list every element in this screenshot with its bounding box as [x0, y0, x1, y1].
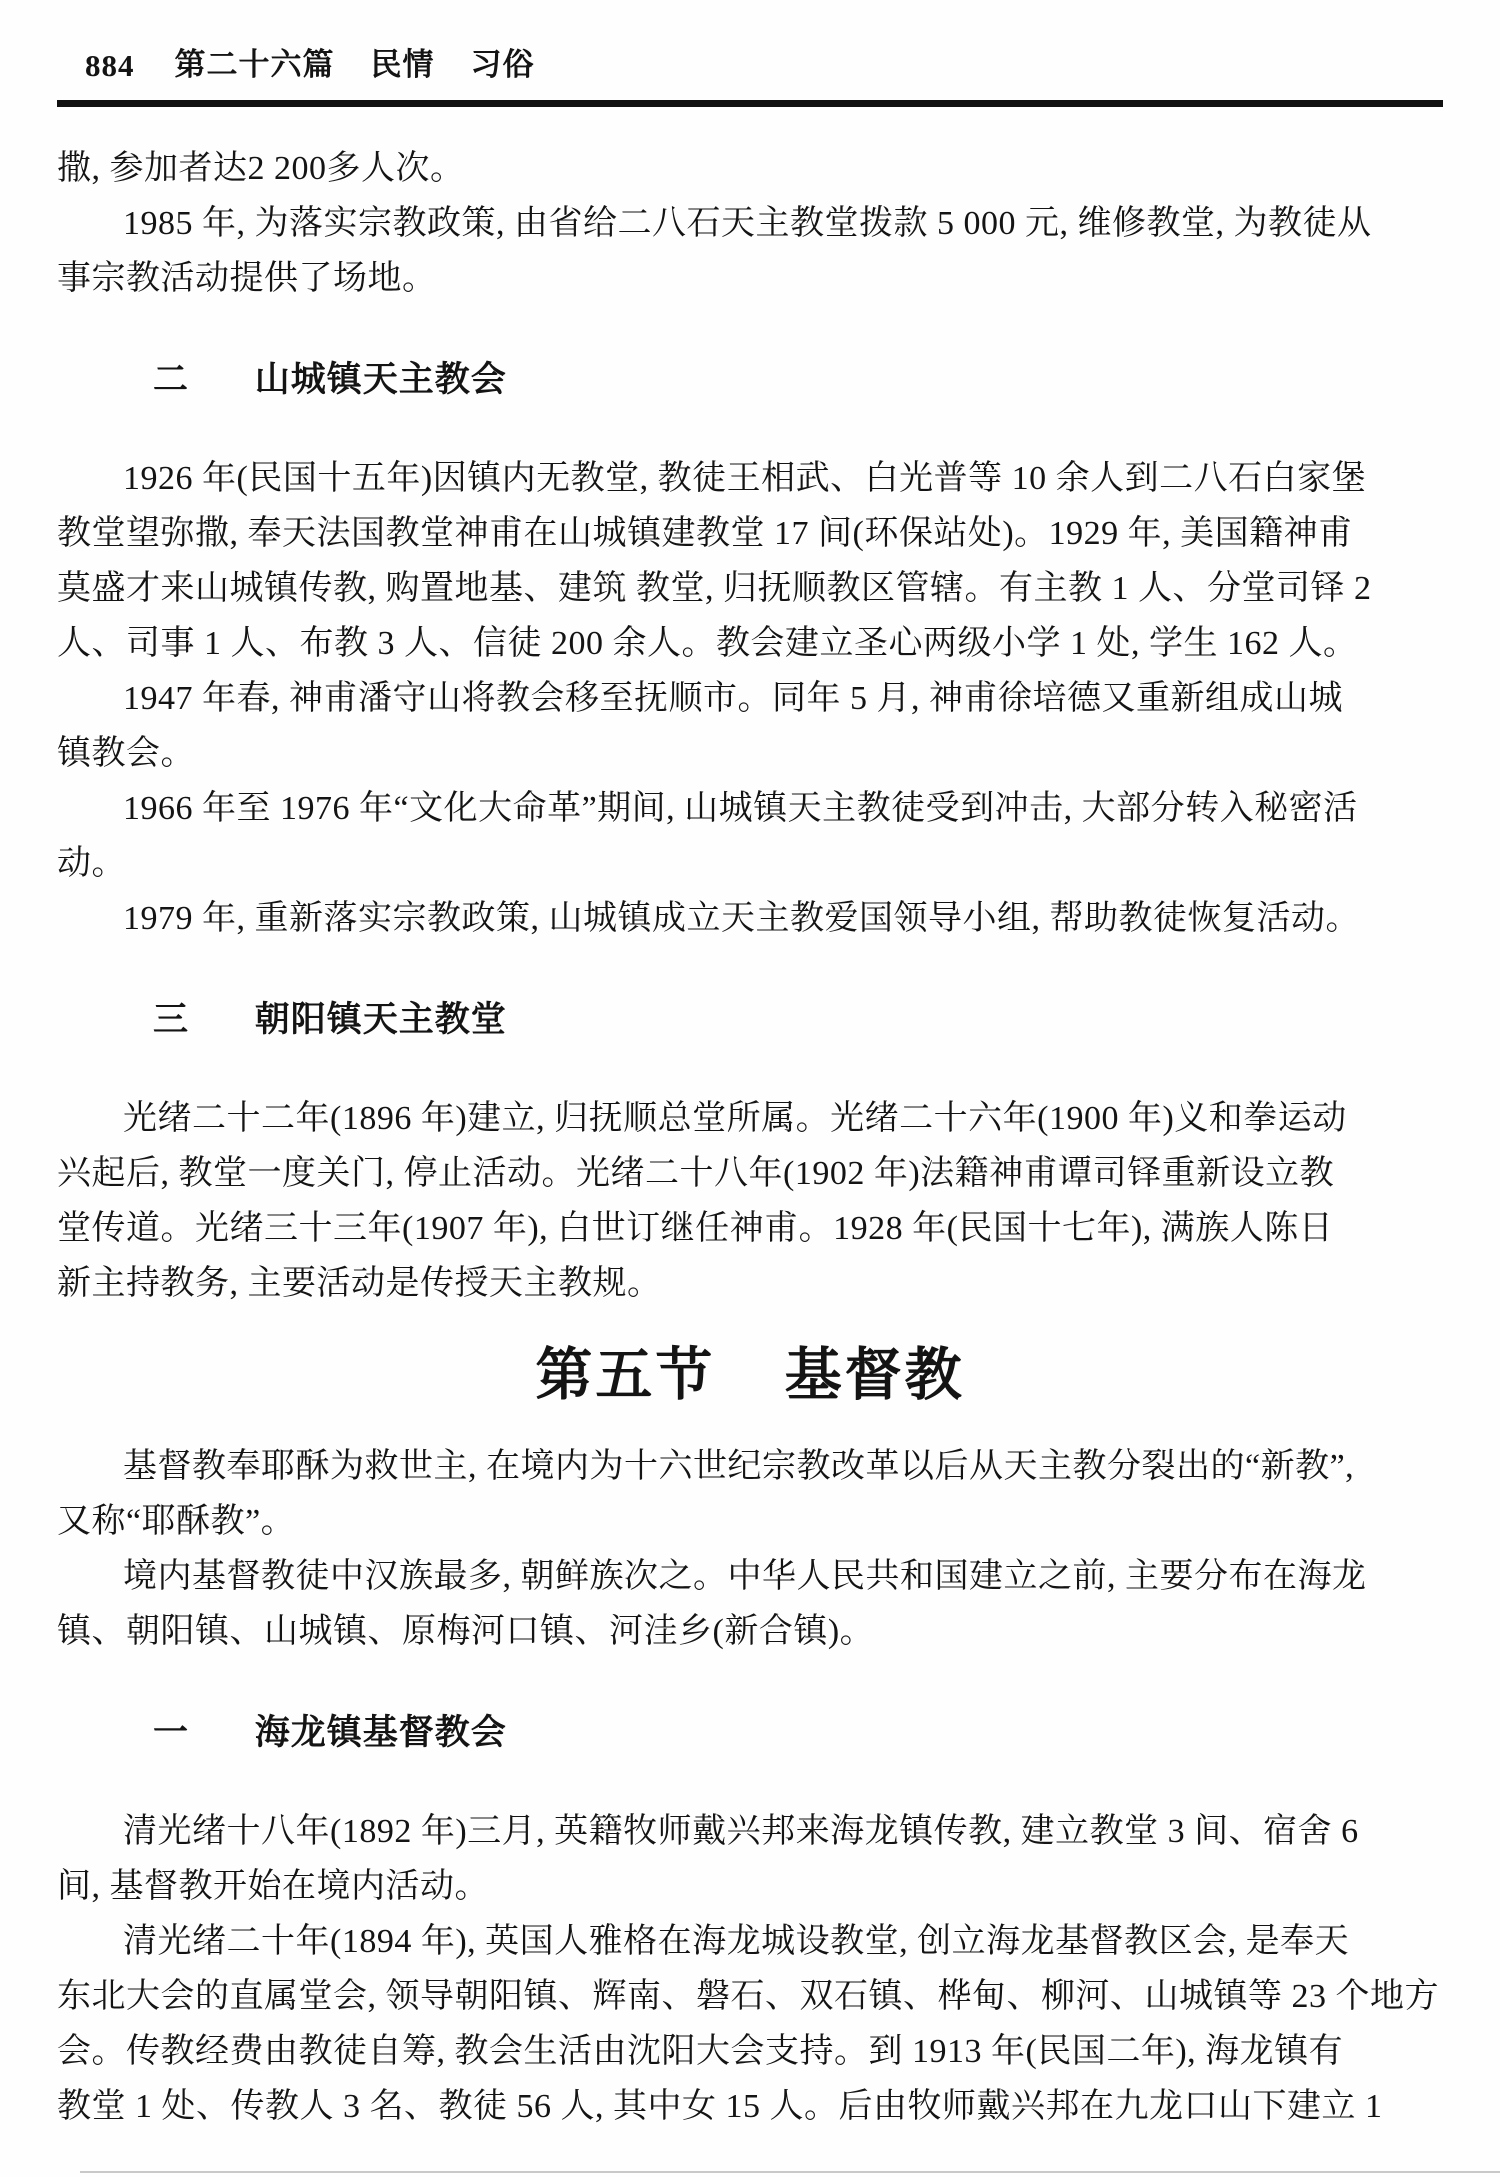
text-line: 兴起后, 教堂一度关门, 停止活动。光绪二十八年(1902 年)法籍神甫谭司铎重…	[57, 1146, 1443, 1201]
text-line: 教堂 1 处、传教人 3 名、教徒 56 人, 其中女 15 人。后由牧师戴兴邦…	[57, 2079, 1443, 2134]
subsection-heading-3: 三 朝阳镇天主教堂	[57, 992, 1443, 1047]
paragraph-1985: 1985 年, 为落实宗教政策, 由省给二八石天主教堂拨款 5 000 元, 维…	[57, 196, 1443, 306]
text-line: 间, 基督教开始在境内活动。	[57, 1859, 1443, 1914]
text-line: 事宗教活动提供了场地。	[57, 251, 1443, 306]
text-line: 镇、朝阳镇、山城镇、原梅河口镇、河洼乡(新合镇)。	[57, 1604, 1443, 1659]
paragraph-1947: 1947 年春, 神甫潘守山将教会移至抚顺市。同年 5 月, 神甫徐培德又重新组…	[57, 671, 1443, 781]
page-number: 884	[85, 48, 135, 84]
paragraph-1966: 1966 年至 1976 年“文化大命革”期间, 山城镇天主教徒受到冲击, 大部…	[57, 781, 1443, 891]
text-line: 镇教会。	[57, 726, 1443, 781]
header-rule	[57, 100, 1443, 107]
text-line: 基督教奉耶酥为救世主, 在境内为十六世纪宗教改革以后从天主教分裂出的“新教”,	[57, 1439, 1443, 1494]
subsection-title: 海龙镇基督教会	[255, 1713, 507, 1752]
text-line: 撒, 参加者达2 200多人次。	[57, 141, 1443, 196]
text-line: 1947 年春, 神甫潘守山将教会移至抚顺市。同年 5 月, 神甫徐培德又重新组…	[57, 671, 1443, 726]
subsection-heading-2: 二 山城镇天主教会	[57, 352, 1443, 407]
section-title: 第五节 基督教	[57, 1339, 1443, 1413]
paragraph-guangxu: 光绪二十二年(1896 年)建立, 归抚顺总堂所属。光绪二十六年(1900 年)…	[57, 1091, 1443, 1311]
paragraph-1894: 清光绪二十年(1894 年), 英国人雅格在海龙城设教堂, 创立海龙基督教区会,…	[57, 1914, 1443, 2134]
paragraph-distribution: 境内基督教徒中汉族最多, 朝鲜族次之。中华人民共和国建立之前, 主要分布在海龙 …	[57, 1549, 1443, 1659]
text-line: 东北大会的直属堂会, 领导朝阳镇、辉南、磐石、双石镇、桦甸、柳河、山城镇等 23…	[57, 1969, 1443, 2024]
section-number: 第五节	[535, 1344, 715, 1407]
paragraph-carryover: 撒, 参加者达2 200多人次。	[57, 141, 1443, 196]
text-line: 教堂望弥撒, 奉天法国教堂神甫在山城镇建教堂 17 间(环保站处)。1929 年…	[57, 506, 1443, 561]
text-line: 又称“耶酥教”。	[57, 1494, 1443, 1549]
text-line: 1966 年至 1976 年“文化大命革”期间, 山城镇天主教徒受到冲击, 大部…	[57, 781, 1443, 836]
text-line: 新主持教务, 主要活动是传授天主教规。	[57, 1256, 1443, 1311]
paragraph-1892: 清光绪十八年(1892 年)三月, 英籍牧师戴兴邦来海龙镇传教, 建立教堂 3 …	[57, 1804, 1443, 1914]
paragraph-1926: 1926 年(民国十五年)因镇内无教堂, 教徒王相武、白光普等 10 余人到二八…	[57, 451, 1443, 671]
subsection-number: 二	[153, 360, 189, 399]
text-line: 动。	[57, 836, 1443, 891]
running-head-chapter: 第二十六篇	[175, 39, 335, 84]
subsection-title: 山城镇天主教会	[255, 360, 507, 399]
text-line: 人、司事 1 人、布教 3 人、信徒 200 余人。教会建立圣心两级小学 1 处…	[57, 616, 1443, 671]
subsection-heading-1: 一 海龙镇基督教会	[57, 1705, 1443, 1760]
scan-edge-artifact	[80, 2171, 1500, 2173]
text-line: 会。传教经费由教徒自筹, 教会生活由沈阳大会支持。到 1913 年(民国二年),…	[57, 2024, 1443, 2079]
text-line: 清光绪二十年(1894 年), 英国人雅格在海龙城设教堂, 创立海龙基督教区会,…	[57, 1914, 1443, 1969]
book-page: 884 第二十六篇 民情 习俗 撒, 参加者达2 200多人次。 1985 年,…	[0, 0, 1500, 2177]
running-head-topic-2: 习俗	[471, 39, 535, 84]
text-line: 莫盛才来山城镇传教, 购置地基、建筑 教堂, 归抚顺教区管辖。有主教 1 人、分…	[57, 561, 1443, 616]
text-line: 光绪二十二年(1896 年)建立, 归抚顺总堂所属。光绪二十六年(1900 年)…	[57, 1091, 1443, 1146]
running-head-topic-1: 民情	[371, 39, 435, 84]
text-line: 境内基督教徒中汉族最多, 朝鲜族次之。中华人民共和国建立之前, 主要分布在海龙	[57, 1549, 1443, 1604]
running-head: 884 第二十六篇 民情 习俗	[57, 38, 1443, 84]
paragraph-jidujiao-intro: 基督教奉耶酥为救世主, 在境内为十六世纪宗教改革以后从天主教分裂出的“新教”, …	[57, 1439, 1443, 1549]
page-body: 撒, 参加者达2 200多人次。 1985 年, 为落实宗教政策, 由省给二八石…	[57, 141, 1443, 2134]
text-line: 1926 年(民国十五年)因镇内无教堂, 教徒王相武、白光普等 10 余人到二八…	[57, 451, 1443, 506]
text-line: 清光绪十八年(1892 年)三月, 英籍牧师戴兴邦来海龙镇传教, 建立教堂 3 …	[57, 1804, 1443, 1859]
text-line: 1979 年, 重新落实宗教政策, 山城镇成立天主教爱国领导小组, 帮助教徒恢复…	[57, 891, 1443, 946]
subsection-title: 朝阳镇天主教堂	[255, 1000, 507, 1039]
paragraph-1979: 1979 年, 重新落实宗教政策, 山城镇成立天主教爱国领导小组, 帮助教徒恢复…	[57, 891, 1443, 946]
subsection-number: 三	[153, 1000, 189, 1039]
subsection-number: 一	[153, 1713, 189, 1752]
text-line: 堂传道。光绪三十三年(1907 年), 白世订继任神甫。1928 年(民国十七年…	[57, 1201, 1443, 1256]
text-line: 1985 年, 为落实宗教政策, 由省给二八石天主教堂拨款 5 000 元, 维…	[57, 196, 1443, 251]
section-name: 基督教	[785, 1344, 965, 1407]
